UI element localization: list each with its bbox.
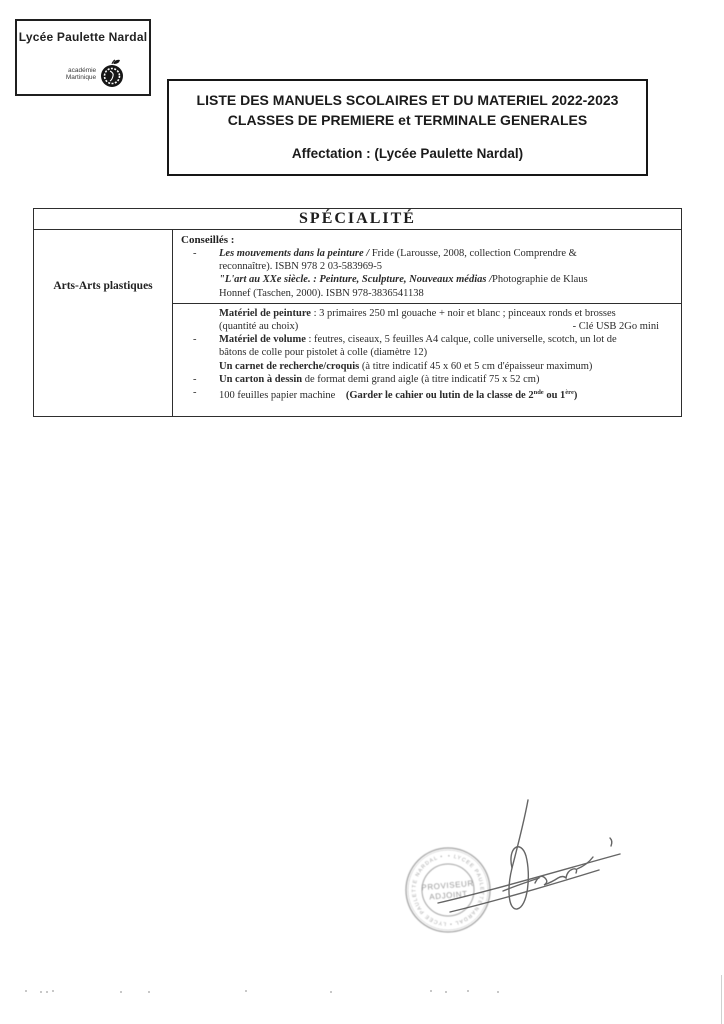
scan-artifact <box>497 991 499 993</box>
text-segment: Matériel de peinture <box>219 308 311 319</box>
text-segment: ère <box>565 389 574 396</box>
text-segment: ou 1 <box>544 390 566 401</box>
text-line: Honnef (Taschen, 2000). ISBN 978-3836541… <box>179 287 671 300</box>
text-segment: ) <box>574 390 578 401</box>
bullet-dash: - <box>193 333 197 346</box>
text-line: -Un carton à dessin de format demi grand… <box>179 373 671 386</box>
scan-artifact <box>52 990 54 992</box>
scan-artifact <box>245 990 247 992</box>
text-segment: (Garder le cahier ou lutin de la classe … <box>346 390 534 401</box>
academie-emblem-icon <box>98 58 126 90</box>
scan-artifact <box>148 991 150 993</box>
subject-label: Arts-Arts plastiques <box>34 280 172 292</box>
text-segment: reconnaître). ISBN 978 2 03-583969-5 <box>219 261 382 272</box>
text-segment: nde <box>534 389 544 396</box>
text-segment: bâtons de colle pour pistolet à colle (d… <box>219 347 427 358</box>
text-segment: Matériel de volume <box>219 334 306 345</box>
text-segment: Photographie de Klaus <box>492 274 588 285</box>
signature <box>415 795 645 960</box>
text-line: -Matériel de volume : feutres, ciseaux, … <box>179 333 671 346</box>
text-line: - Clé USB 2Go mini(quantité au choix) <box>179 320 671 333</box>
scan-artifact <box>40 991 42 993</box>
table-header-specialite: SPÉCIALITÉ <box>34 209 681 230</box>
text-segment: : 3 primaires 250 ml gouache + noir et b… <box>311 308 616 319</box>
document-title-line2: CLASSES DE PREMIERE et TERMINALE GENERAL… <box>169 110 646 130</box>
text-line: Matériel de peinture : 3 primaires 250 m… <box>179 307 671 320</box>
text-line: Un carnet de recherche/croquis (à titre … <box>179 360 671 373</box>
document-title-box: LISTE DES MANUELS SCOLAIRES ET DU MATERI… <box>167 79 648 176</box>
text-segment: de format demi grand aigle (à titre indi… <box>302 374 539 385</box>
text-line: -Les mouvements dans la peinture / Fride… <box>179 247 671 260</box>
scan-artifact <box>330 991 332 993</box>
book-list: -Les mouvements dans la peinture / Fride… <box>179 247 671 300</box>
scan-artifact <box>430 990 432 992</box>
scan-artifact <box>25 990 27 992</box>
text-line: reconnaître). ISBN 978 2 03-583969-5 <box>179 260 671 273</box>
academy-label: académie Martinique <box>66 67 96 82</box>
academy-word: académie <box>66 67 96 75</box>
bullet-dash: - <box>193 386 197 399</box>
materiel-section: Matériel de peinture : 3 primaires 250 m… <box>173 303 681 416</box>
academy-logo: académie Martinique <box>43 58 149 90</box>
text-line: "L'art au XXe siècle. : Peinture, Sculpt… <box>179 273 671 286</box>
school-logo-box: Lycée Paulette Nardal académie Martiniqu… <box>15 19 151 96</box>
affectation-line: Affectation : (Lycée Paulette Nardal) <box>169 146 646 161</box>
conseilles-label: Conseillés : <box>179 233 671 247</box>
content-cell: Conseillés : -Les mouvements dans la pei… <box>173 230 681 416</box>
text-segment: Un carton à dessin <box>219 374 302 385</box>
school-name: Lycée Paulette Nardal <box>17 30 149 44</box>
specialite-table: SPÉCIALITÉ Arts-Arts plastiques Conseill… <box>33 208 682 417</box>
right-aligned-note: - Clé USB 2Go mini <box>573 320 659 333</box>
scan-artifact <box>467 990 469 992</box>
bullet-dash: - <box>193 247 197 260</box>
text-segment: Fride (Larousse, 2008, collection Compre… <box>372 248 577 259</box>
text-segment: Un carnet de recherche/croquis <box>219 361 359 372</box>
scanned-document-page: Lycée Paulette Nardal académie Martiniqu… <box>0 0 724 1024</box>
text-segment: "L'art au XXe siècle. : Peinture, Sculpt… <box>219 274 492 285</box>
bullet-dash: - <box>193 373 197 386</box>
scan-artifact <box>120 991 122 993</box>
scan-artifact <box>445 991 447 993</box>
text-segment: : feutres, ciseaux, 5 feuilles A4 calque… <box>306 334 617 345</box>
scan-artifact <box>46 991 48 993</box>
text-line: -100 feuilles papier machine (Garder le … <box>179 386 671 402</box>
scan-edge-artifact <box>721 975 722 1024</box>
text-segment: 100 feuilles papier machine <box>219 390 346 401</box>
text-line: bâtons de colle pour pistolet à colle (d… <box>179 346 671 359</box>
conseilles-section: Conseillés : -Les mouvements dans la pei… <box>173 230 681 303</box>
subject-cell: Arts-Arts plastiques <box>34 230 173 416</box>
text-segment: (quantité au choix) <box>219 321 298 332</box>
text-segment: Les mouvements dans la peinture / <box>219 248 372 259</box>
materiel-list: Matériel de peinture : 3 primaires 250 m… <box>179 307 671 402</box>
text-segment: Honnef (Taschen, 2000). ISBN 978-3836541… <box>219 288 424 299</box>
text-segment: (à titre indicatif 45 x 60 et 5 cm d'épa… <box>359 361 592 372</box>
document-title-line1: LISTE DES MANUELS SCOLAIRES ET DU MATERI… <box>169 90 646 110</box>
academy-region: Martinique <box>66 74 96 82</box>
